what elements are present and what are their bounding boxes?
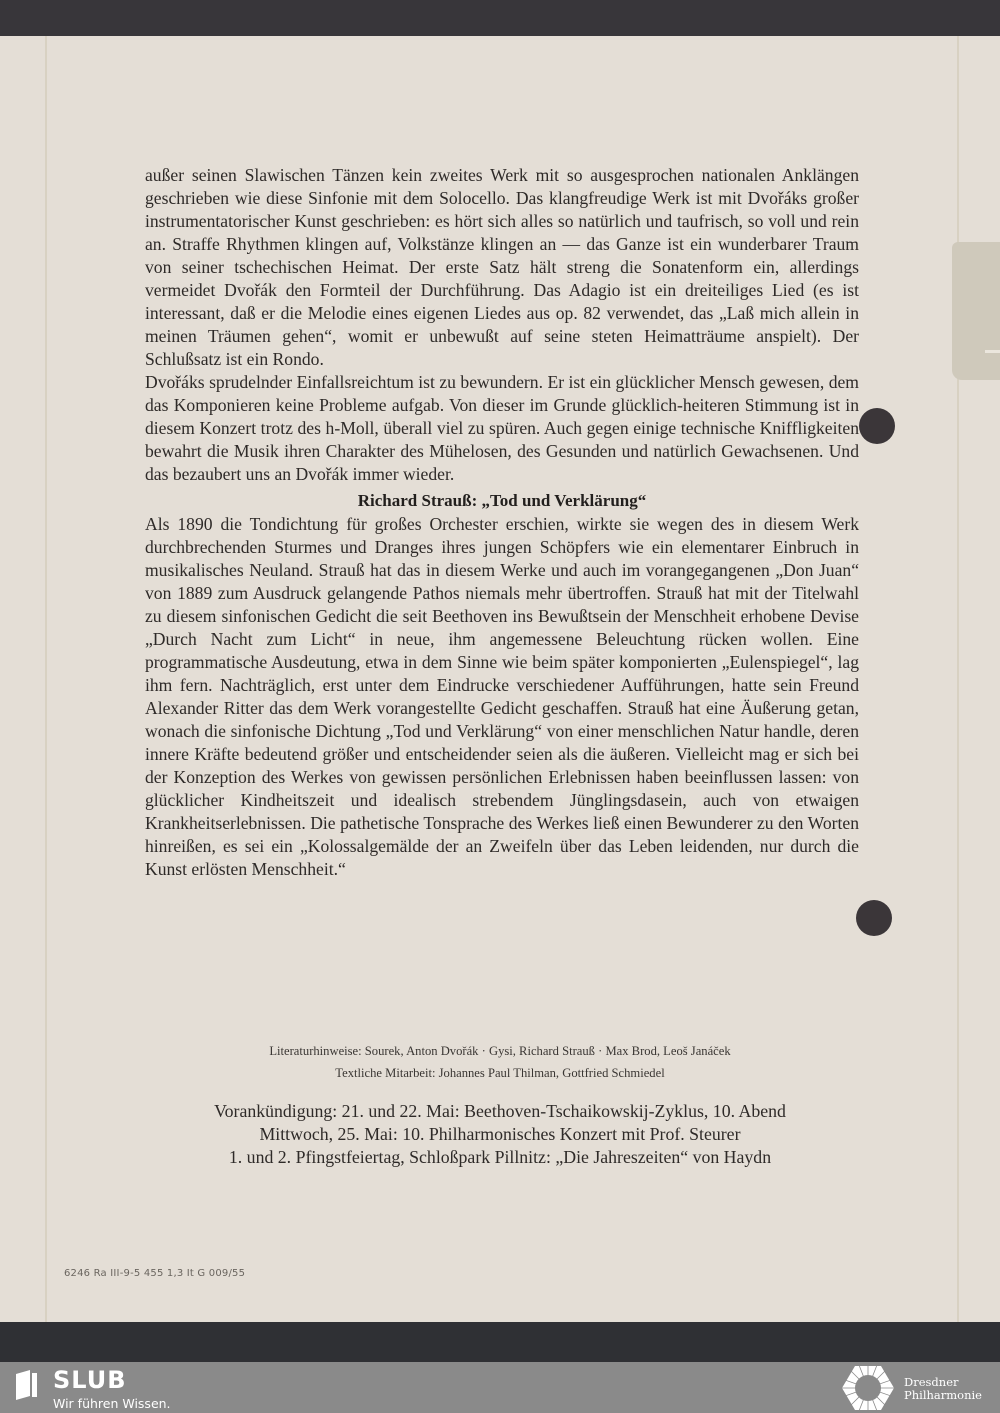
dresdner-philharmonie-sunburst-icon: [842, 1365, 894, 1411]
paragraph-strauss: Als 1890 die Tondichtung für großes Orch…: [145, 513, 859, 881]
scan-background-bottom: [0, 1322, 1000, 1363]
punch-hole-upper: [859, 408, 895, 444]
page-fold-right: [957, 36, 959, 1323]
scan-background-top: [0, 0, 1000, 36]
announcements: Vorankündigung: 21. und 22. Mai: Beethov…: [130, 1100, 870, 1169]
section-heading: Richard Strauß: „Tod und Verklärung“: [145, 489, 859, 512]
text-credits: Textliche Mitarbeit: Johannes Paul Thilm…: [140, 1062, 860, 1084]
slub-tagline: Wir führen Wissen.: [53, 1396, 171, 1411]
paper-stain: [952, 242, 1000, 380]
paper-mark: [985, 350, 1000, 353]
footer-bar: SLUB Wir führen Wissen. Dresdner Philhar…: [0, 1362, 1000, 1413]
announcement-line: Mittwoch, 25. Mai: 10. Philharmonisches …: [130, 1123, 870, 1146]
paragraph-dvorak-2: Dvořáks sprudelnder Einfallsreichtum ist…: [145, 371, 859, 486]
announcement-line: Vorankündigung: 21. und 22. Mai: Beethov…: [130, 1100, 870, 1123]
dp-name-line2: Philharmonie: [904, 1389, 982, 1402]
punch-hole-lower: [856, 900, 892, 936]
literature-references: Literaturhinweise: Sourek, Anton Dvořák …: [140, 1040, 860, 1062]
slub-book-icon: [14, 1370, 38, 1400]
paragraph-dvorak-1: außer seinen Slawischen Tänzen kein zwei…: [145, 164, 859, 371]
print-code: 6246 Ra III-9-5 455 1,3 It G 009/55: [64, 1268, 245, 1279]
literature-notes: Literaturhinweise: Sourek, Anton Dvořák …: [140, 1040, 860, 1084]
dresdner-philharmonie-logo-text: Dresdner Philharmonie: [904, 1376, 982, 1402]
page-fold-left: [45, 36, 47, 1323]
document-body: außer seinen Slawischen Tänzen kein zwei…: [145, 164, 859, 881]
announcement-line: 1. und 2. Pfingstfeiertag, Schloßpark Pi…: [130, 1146, 870, 1169]
slub-logo-text: SLUB: [53, 1366, 127, 1394]
